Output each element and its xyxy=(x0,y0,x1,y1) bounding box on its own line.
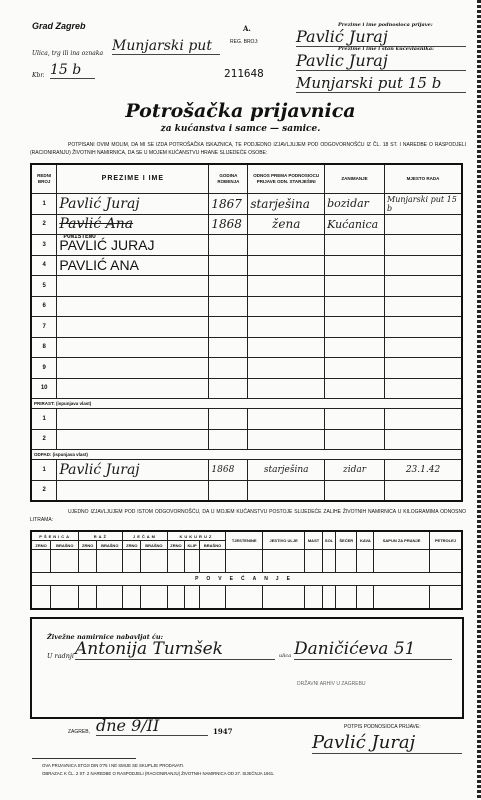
applicant-value: Pavlić Juraj xyxy=(296,27,466,47)
person-year xyxy=(209,235,248,256)
group-header-kukuruz: KUKURUZ xyxy=(167,531,226,541)
table-row: 3 PONIŠTENO PAVLIĆ JURAJ xyxy=(31,235,462,256)
person-relation xyxy=(248,276,325,297)
table-row: 4 PAVLIĆ ANA xyxy=(31,255,462,276)
reg-label: REG. BROJ: xyxy=(230,39,258,45)
person-workplace: Munjarski put 15 b xyxy=(385,194,462,215)
person-workplace xyxy=(385,296,462,317)
signature-label: POTPIS PODNOSIOCA PRIJAVE: xyxy=(344,724,421,730)
reg-number: 211648 xyxy=(224,67,264,80)
person-year: 1867 xyxy=(209,194,248,215)
person-occupation xyxy=(325,337,385,358)
person-occupation xyxy=(325,276,385,297)
table-row: 2 xyxy=(31,480,462,501)
col-header-workplace: MJESTO RADA xyxy=(385,164,462,194)
form-subtitle: za kućanstva i samce — samice. xyxy=(0,124,481,134)
row-number: 9 xyxy=(31,358,57,379)
person-name xyxy=(57,480,209,501)
row-number: 1 xyxy=(31,194,57,215)
person-relation xyxy=(248,317,325,338)
row-number: 2 xyxy=(31,214,57,235)
city-name: Grad Zagreb xyxy=(32,21,86,31)
row-number: 2 xyxy=(31,429,57,450)
col-header-mast: MAST xyxy=(305,531,323,550)
person-occupation: bozidar xyxy=(325,194,385,215)
person-occupation xyxy=(325,358,385,379)
person-occupation xyxy=(325,235,385,256)
sub-header: BRAŠNO xyxy=(141,541,167,550)
col-header-occupation: ZANIMANJE xyxy=(325,164,385,194)
person-workplace xyxy=(385,378,462,399)
row-number: 1 xyxy=(31,409,57,430)
form-title: Potrošačka prijavnica xyxy=(0,100,481,122)
row-number: 4 xyxy=(31,255,57,276)
row-number: 1 xyxy=(31,460,57,481)
table-row: 10 xyxy=(31,378,462,399)
person-name xyxy=(57,429,209,450)
section-odpad: ODPAD: (ispunjava vlast) xyxy=(31,450,462,460)
col-header-ulje: JESTIVO ULJE xyxy=(263,531,305,550)
sub-header: BRAŠNO xyxy=(51,541,79,550)
person-name xyxy=(57,317,209,338)
person-relation xyxy=(248,255,325,276)
person-workplace xyxy=(385,235,462,256)
person-relation: starješina xyxy=(248,460,325,481)
person-year xyxy=(209,429,248,450)
sub-header: ZRNO xyxy=(79,541,97,550)
price-note: OVA PRIJAVNICA STOJI DIN 0'75 I NE SMIJE… xyxy=(42,763,184,768)
person-occupation xyxy=(325,480,385,501)
person-year: 1868 xyxy=(209,460,248,481)
person-name xyxy=(57,337,209,358)
table-row: 2 Pavlić Ana 1868 žena Kućanica xyxy=(31,214,462,235)
person-year xyxy=(209,358,248,379)
col-header-sapun: SAPUN ZA PRANJE xyxy=(374,531,430,550)
person-occupation: zidar xyxy=(325,460,385,481)
person-relation: žena xyxy=(248,214,325,235)
row-number: 10 xyxy=(31,378,57,399)
col-header-kava: KAVA xyxy=(357,531,374,550)
table-row: 1 Pavlić Juraj 1868 starješina zidar 23.… xyxy=(31,460,462,481)
sub-header: KLIP xyxy=(185,541,200,550)
table-row: 8 xyxy=(31,337,462,358)
sub-header: BRAŠNO xyxy=(199,541,225,550)
row-number: 2 xyxy=(31,480,57,501)
row-number: 7 xyxy=(31,317,57,338)
householder-name: Pavlic Juraj xyxy=(296,51,466,71)
col-header-no: REDNI BROJ xyxy=(31,164,57,194)
row-number: 8 xyxy=(31,337,57,358)
col-header-relation: ODNOS PREMA PODNOSIOCU PRIJAVE ODN. STAR… xyxy=(248,164,325,194)
sub-header: ZRNO xyxy=(167,541,185,550)
person-relation xyxy=(248,235,325,256)
section-prirast: PRIRAST: (ispunjava vlast) xyxy=(31,399,462,409)
person-workplace xyxy=(385,276,462,297)
signature-value: Pavlić Juraj xyxy=(312,732,462,754)
person-workplace xyxy=(385,337,462,358)
person-occupation xyxy=(325,409,385,430)
person-workplace xyxy=(385,214,462,235)
sub-header: ZRNO xyxy=(123,541,141,550)
person-year xyxy=(209,378,248,399)
person-relation xyxy=(248,296,325,317)
group-header-psenica: PŠENICA xyxy=(31,531,79,541)
person-year xyxy=(209,337,248,358)
person-workplace xyxy=(385,429,462,450)
person-workplace xyxy=(385,409,462,430)
person-name xyxy=(57,378,209,399)
person-relation xyxy=(248,409,325,430)
house-no-label: Kbr. xyxy=(32,72,44,79)
persons-table: REDNI BROJ PREZIME I IME GODINA ROĐENJA … xyxy=(30,163,463,502)
form-letter: A. xyxy=(243,24,251,33)
row-number: 5 xyxy=(31,276,57,297)
row-number: 3 xyxy=(31,235,57,256)
col-header-tjestenine: TJESTENINE xyxy=(226,531,263,550)
table-row: 6 xyxy=(31,296,462,317)
shop-value: Antonija Turnšek xyxy=(75,639,275,660)
group-header-raz: RAŽ xyxy=(79,531,123,541)
person-workplace xyxy=(385,317,462,338)
supplies-row xyxy=(31,550,462,573)
person-name xyxy=(57,358,209,379)
col-header-secer: ŠEĆER xyxy=(336,531,357,550)
shop-label: U radnji xyxy=(47,652,74,660)
house-no-value: 15 b xyxy=(50,62,95,79)
table-row: 2 xyxy=(31,429,462,450)
person-occupation xyxy=(325,429,385,450)
person-name xyxy=(57,276,209,297)
person-relation xyxy=(248,429,325,450)
person-relation xyxy=(248,337,325,358)
householder-address: Munjarski put 15 b xyxy=(296,74,466,93)
person-name: Pavlić Juraj xyxy=(57,460,209,481)
person-occupation xyxy=(325,317,385,338)
person-workplace xyxy=(385,480,462,501)
table-row: 7 xyxy=(31,317,462,338)
col-header-petrolej: PETROLEJ xyxy=(429,531,462,550)
person-name: Pavlić Juraj xyxy=(57,194,209,215)
person-occupation xyxy=(325,255,385,276)
date-value: dne 9/II xyxy=(96,716,208,736)
person-relation xyxy=(248,480,325,501)
person-workplace xyxy=(385,255,462,276)
person-year xyxy=(209,480,248,501)
street-label: Ulica, trg ili ina oznaka xyxy=(32,50,103,57)
person-year xyxy=(209,276,248,297)
sub-header: ZRNO xyxy=(31,541,51,550)
shop-box: Živežne namirnice nabavljat ću: U radnji… xyxy=(30,617,464,719)
supplies-increase-row xyxy=(31,586,462,610)
table-row: 1 xyxy=(31,409,462,430)
person-name xyxy=(57,296,209,317)
shop-street-value: Daničićeva 51 xyxy=(294,639,452,660)
person-year xyxy=(209,317,248,338)
person-occupation: Kućanica xyxy=(325,214,385,235)
person-name xyxy=(57,409,209,430)
person-year: 1868 xyxy=(209,214,248,235)
person-relation xyxy=(248,358,325,379)
col-header-name: PREZIME I IME xyxy=(57,164,209,194)
sub-header: BRAŠNO xyxy=(97,541,123,550)
increase-label: POVEĆANJE xyxy=(31,573,462,586)
supplies-table: PŠENICA RAŽ JEČAM KUKURUZ TJESTENINE JES… xyxy=(30,530,463,610)
table-row: 5 xyxy=(31,276,462,297)
table-row: 9 xyxy=(31,358,462,379)
person-name: PAVLIĆ ANA xyxy=(57,255,209,276)
shop-street-label: ulica xyxy=(279,653,291,659)
year-value: 1947 xyxy=(213,727,232,736)
place-label: ZAGREB, xyxy=(68,729,90,735)
person-workplace: 23.1.42 xyxy=(385,460,462,481)
person-occupation xyxy=(325,378,385,399)
divider xyxy=(32,758,136,759)
person-occupation xyxy=(325,296,385,317)
person-year xyxy=(209,296,248,317)
col-header-sol: SOL xyxy=(322,531,335,550)
group-header-jecam: JEČAM xyxy=(123,531,167,541)
row-number: 6 xyxy=(31,296,57,317)
person-relation xyxy=(248,378,325,399)
person-year xyxy=(209,409,248,430)
declaration-text-2: UJEDNO IZJAVLJUJEM POD ISTOM ODGOVORNOŠĆ… xyxy=(30,508,466,524)
cancelled-stamp: PONIŠTENO xyxy=(63,235,95,241)
person-year xyxy=(209,255,248,276)
person-relation: starješina xyxy=(248,194,325,215)
person-workplace xyxy=(385,358,462,379)
col-header-year: GODINA ROĐENJA xyxy=(209,164,248,194)
table-row: 1 Pavlić Juraj 1867 starješina bozidar M… xyxy=(31,194,462,215)
regulation-note: OBRAZAC K ČL. 2 ST. 2 NAREDBE O RASPODJE… xyxy=(42,771,274,776)
archive-stamp: DRŽAVNI ARHIV U ZAGREBU xyxy=(297,681,366,687)
street-value: Munjarski put xyxy=(112,38,220,55)
declaration-text-1: POTPISANI OVIM MOLIM, DA MI SE IZDA POTR… xyxy=(30,141,466,157)
person-name: Pavlić Ana xyxy=(57,214,209,235)
